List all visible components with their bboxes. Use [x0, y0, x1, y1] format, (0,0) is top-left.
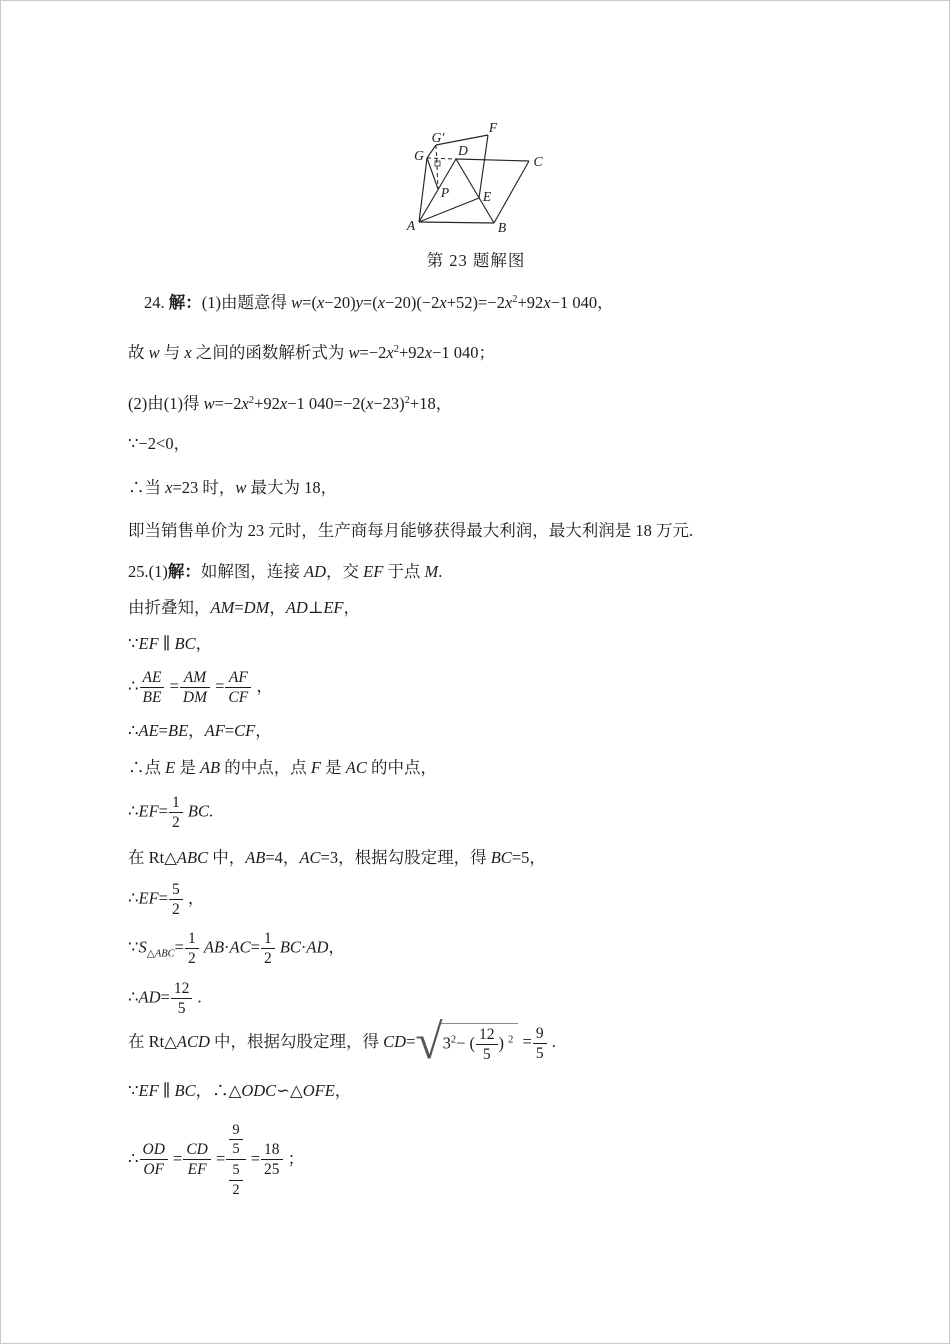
- text-run: EF: [188, 1161, 207, 1178]
- text-run: CF: [228, 689, 248, 706]
- text-run: BC: [175, 1081, 196, 1100]
- text-run: CD: [186, 1141, 208, 1158]
- text-run: AD: [306, 938, 328, 957]
- text-run: w: [291, 293, 302, 312]
- text-run: 即当销售单价为 23 元时，生产商每月能够获得最大利润，最大利润是 18 万元.: [128, 521, 693, 540]
- text-run: AF: [229, 669, 248, 686]
- solution-line-3: (2)由(1)得 w=−2x2+92x−1 040=−2(x−23)2+18，: [128, 393, 452, 415]
- text-run: ∥: [159, 1081, 175, 1100]
- fraction: 52: [229, 1162, 242, 1197]
- text-run: −1 040=−2(: [287, 394, 366, 413]
- text-run: =−2: [359, 343, 386, 362]
- text-run: BE: [168, 721, 188, 740]
- fraction: 12: [185, 930, 199, 968]
- text-run: ODC: [241, 1081, 276, 1100]
- text-run: =: [165, 677, 178, 696]
- text-run: 12: [174, 980, 190, 997]
- text-run: 解：: [168, 562, 201, 581]
- text-run: AB: [200, 758, 220, 777]
- fraction: 95: [533, 1025, 547, 1063]
- text-run: 5: [536, 1045, 544, 1062]
- text-run: EF: [139, 802, 159, 821]
- text-run: ，: [255, 721, 272, 740]
- text-run: 是: [321, 758, 346, 777]
- text-run: ∴当: [128, 478, 165, 497]
- text-run: AC: [299, 848, 320, 867]
- text-run: AE: [139, 721, 159, 740]
- text-run: EF: [139, 889, 159, 908]
- text-run: BC: [188, 802, 209, 821]
- text-run: 2: [232, 1182, 239, 1198]
- fraction: 125: [171, 980, 193, 1018]
- text-run: DM: [183, 689, 207, 706]
- solution-line-5: ∴当 x=23 时，w 最大为 18，: [128, 477, 337, 499]
- text-run: x: [242, 394, 249, 413]
- text-run: ，: [184, 889, 205, 908]
- text-run: ): [499, 1034, 509, 1053]
- text-run: (1)由题意得: [202, 293, 291, 312]
- solution-line-2: 故 w 与 x 之间的函数解析式为 w=−2x2+92x−1 040；: [128, 342, 495, 364]
- text-run: CD: [383, 1032, 406, 1051]
- text-run: =−2: [215, 394, 242, 413]
- text-run: EF: [323, 598, 343, 617]
- text-run: +52)=−2: [447, 293, 505, 312]
- solution-line-9: ∵EF ∥ BC，: [128, 633, 212, 655]
- text-run: △: [147, 949, 155, 960]
- text-run: 18: [264, 1141, 280, 1158]
- text-run: BC: [491, 848, 512, 867]
- text-run: AC: [230, 938, 251, 957]
- text-run: ，: [196, 634, 213, 653]
- text-run: =: [406, 1032, 415, 1051]
- text-run: −1 040；: [432, 343, 495, 362]
- text-run: ABC: [155, 949, 175, 960]
- text-run: ∵: [128, 634, 139, 653]
- text-run: w: [235, 478, 246, 497]
- text-run: 2: [172, 814, 180, 831]
- solution-line-8: 由折叠知，AM=DM，AD⊥EF，: [128, 597, 360, 619]
- text-run: 5: [232, 1162, 239, 1178]
- text-run: (2)由(1)得: [128, 394, 204, 413]
- text-run: +92: [518, 293, 544, 312]
- text-run: OFE: [303, 1081, 335, 1100]
- text-run: +92: [399, 343, 425, 362]
- solution-line-14: 在 Rt△ABC 中，AB=4，AC=3，根据勾股定理，得 BC=5，: [128, 847, 546, 869]
- text-run: 1: [188, 930, 196, 947]
- solution-line-4: ∵−2<0，: [128, 433, 190, 455]
- text-run: 5: [483, 1046, 491, 1063]
- text-run: 5: [178, 1000, 186, 1017]
- solution-line-18: 在 Rt△ACD 中，根据勾股定理，得 CD=√32− (125) 2 =95 …: [128, 1023, 556, 1064]
- text-run: E: [165, 758, 175, 777]
- text-run: −1 040，: [551, 293, 614, 312]
- text-run: BC: [175, 634, 196, 653]
- text-run: =5，: [512, 848, 546, 867]
- text-run: ∴: [128, 721, 139, 740]
- text-run: +92: [254, 394, 280, 413]
- text-run: ∥: [159, 634, 175, 653]
- text-run: ，: [335, 1081, 352, 1100]
- text-run: DM: [244, 598, 270, 617]
- text-run: =: [518, 1032, 531, 1051]
- fraction: 125: [476, 1026, 498, 1064]
- solution-line-16: ∵S△ABC=12 AB·AC=12 BC·AD，: [128, 930, 345, 968]
- solution-line-13: ∴EF=12 BC.: [128, 794, 213, 832]
- text-run: =: [212, 1149, 225, 1168]
- text-run: 3: [443, 1034, 451, 1053]
- text-run: EF: [139, 634, 159, 653]
- text-run: =: [234, 598, 243, 617]
- text-run: ，: [328, 938, 345, 957]
- text-run: 在 Rt△: [128, 848, 177, 867]
- text-run: ∴: [128, 802, 139, 821]
- fraction: 52: [169, 881, 183, 919]
- text-run: 如解图，连接: [201, 562, 304, 581]
- fraction: AMDM: [180, 669, 210, 707]
- text-run: x: [425, 343, 432, 362]
- text-run: ，: [269, 598, 286, 617]
- text-run: BC: [280, 938, 301, 957]
- text-run: EF: [139, 1081, 159, 1100]
- text-run: AD: [304, 562, 326, 581]
- text-run: ，交: [326, 562, 363, 581]
- text-run: ⊥: [308, 598, 324, 617]
- text-run: ，: [344, 598, 361, 617]
- text-run: 25: [264, 1161, 280, 1178]
- text-run: ；: [284, 1149, 305, 1168]
- text-run: 1: [172, 794, 180, 811]
- text-run: −20)(−2: [385, 293, 439, 312]
- text-run: 故: [128, 343, 149, 362]
- text-run: 由折叠知，: [128, 598, 211, 617]
- text-run: M: [425, 562, 439, 581]
- text-run: ∴: [128, 677, 139, 696]
- text-run: 9: [232, 1122, 239, 1138]
- text-run: S: [139, 938, 147, 957]
- text-run: =: [225, 721, 234, 740]
- text-run: 2: [508, 1035, 513, 1046]
- text-run: 之间的函数解析式为: [192, 343, 349, 362]
- text-run: x: [439, 293, 446, 312]
- solution-line-10: ∴AEBE =AMDM =AFCF ，: [128, 669, 273, 707]
- text-run: =: [169, 1149, 182, 1168]
- text-run: =: [247, 1149, 260, 1168]
- text-run: x: [184, 343, 191, 362]
- text-run: 2: [172, 901, 180, 918]
- text-run: 5: [232, 1141, 239, 1157]
- text-run: 中，根据勾股定理，得: [210, 1032, 383, 1051]
- radical: √32− (125) 2: [415, 1023, 518, 1064]
- text-run: 的中点，点: [220, 758, 311, 777]
- text-run: x: [378, 293, 385, 312]
- text-run: ∵: [128, 938, 139, 957]
- text-run: AC: [346, 758, 367, 777]
- radical-sign: √: [415, 1027, 442, 1058]
- text-run: ∴: [128, 988, 139, 1007]
- text-run: ，∴△: [196, 1081, 242, 1100]
- solution-line-1: 24. 解：(1)由题意得 w=(x−20)y=(x−20)(−2x+52)=−…: [144, 292, 614, 314]
- text-run: 中，: [208, 848, 245, 867]
- text-run: =: [211, 677, 224, 696]
- text-run: =23 时，: [172, 478, 235, 497]
- fraction: AEBE: [140, 669, 165, 707]
- text-run: =: [161, 988, 170, 1007]
- text-run: −23): [373, 394, 404, 413]
- fraction: 1825: [261, 1141, 283, 1179]
- text-run: ∽△: [276, 1081, 303, 1100]
- text-run: 5: [172, 881, 180, 898]
- text-run: −20): [324, 293, 355, 312]
- document-page: ABCDEFGG′P 第 23 题解图 24. 解：(1)由题意得 w=(x−2…: [0, 0, 950, 1344]
- text-run: AB: [245, 848, 265, 867]
- text-run: CF: [234, 721, 255, 740]
- text-run: ，: [252, 677, 273, 696]
- text-run: 于点: [383, 562, 424, 581]
- text-run: △ABC: [147, 949, 175, 960]
- text-run: OF: [143, 1161, 164, 1178]
- text-run: 12: [479, 1026, 495, 1043]
- text-run: =: [159, 802, 168, 821]
- text-run: OD: [143, 1141, 165, 1158]
- text-run: w: [348, 343, 359, 362]
- text-run: AM: [211, 598, 235, 617]
- text-run: 最大为 18，: [246, 478, 337, 497]
- fraction: 12: [261, 930, 275, 968]
- solution-text: 24. 解：(1)由题意得 w=(x−20)y=(x−20)(−2x+52)=−…: [1, 1, 950, 1344]
- text-run: =: [175, 938, 184, 957]
- text-run: =(: [302, 293, 317, 312]
- text-run: AD: [286, 598, 308, 617]
- text-run: =: [159, 889, 168, 908]
- text-run: ∵: [128, 1081, 139, 1100]
- text-run: x: [386, 343, 393, 362]
- text-run: ∴: [128, 1149, 139, 1168]
- fraction: 9552: [226, 1121, 245, 1199]
- text-run: AE: [143, 669, 162, 686]
- text-run: F: [311, 758, 321, 777]
- text-run: .: [209, 802, 213, 821]
- text-run: BE: [143, 689, 162, 706]
- fraction: ODOF: [140, 1141, 168, 1179]
- text-run: =: [251, 938, 260, 957]
- text-run: .: [438, 562, 442, 581]
- text-run: 的中点，: [367, 758, 437, 777]
- text-run: =3，根据勾股定理，得: [321, 848, 491, 867]
- text-run: AB: [204, 938, 224, 957]
- text-run: y: [356, 293, 363, 312]
- text-run: ABC: [177, 848, 208, 867]
- text-run: =: [159, 721, 168, 740]
- text-run: 2: [188, 950, 196, 967]
- text-run: AD: [139, 988, 161, 1007]
- text-run: .: [548, 1032, 556, 1051]
- text-run: 25.(1): [128, 562, 168, 581]
- text-run: 24.: [144, 293, 169, 312]
- fraction: 12: [169, 794, 183, 832]
- text-run: =4，: [265, 848, 299, 867]
- text-run: =(: [363, 293, 378, 312]
- text-run: ∵−2<0，: [128, 434, 190, 453]
- text-run: 在 Rt△: [128, 1032, 177, 1051]
- text-run: ACD: [177, 1032, 210, 1051]
- solution-line-17: ∴AD=125 .: [128, 980, 202, 1018]
- text-run: x: [543, 293, 550, 312]
- text-run: .: [193, 988, 201, 1007]
- solution-line-12: ∴点 E 是 AB 的中点，点 F 是 AC 的中点，: [128, 757, 437, 779]
- text-run: 与: [160, 343, 185, 362]
- text-run: w: [149, 343, 160, 362]
- text-run: 1: [264, 930, 272, 947]
- solution-line-19: ∵EF ∥ BC，∴△ODC∽△OFE，: [128, 1080, 351, 1102]
- fraction: AFCF: [225, 669, 251, 707]
- solution-line-6: 即当销售单价为 23 元时，生产商每月能够获得最大利润，最大利润是 18 万元.: [128, 520, 693, 542]
- fraction: CDEF: [183, 1141, 211, 1179]
- text-run: AM: [184, 669, 206, 686]
- text-run: 9: [536, 1025, 544, 1042]
- fraction: 95: [229, 1122, 242, 1157]
- text-run: − (: [456, 1034, 475, 1053]
- text-run: ，: [188, 721, 205, 740]
- text-run: w: [204, 394, 215, 413]
- text-run: ∴: [128, 889, 139, 908]
- solution-line-7: 25.(1)解：如解图，连接 AD，交 EF 于点 M.: [128, 561, 442, 583]
- text-run: 是: [175, 758, 200, 777]
- text-run: EF: [363, 562, 383, 581]
- text-run: 解：: [169, 293, 202, 312]
- text-run: +18，: [410, 394, 452, 413]
- text-run: ∴点: [128, 758, 165, 777]
- text-run: AF: [205, 721, 225, 740]
- solution-line-15: ∴EF=52 ，: [128, 881, 204, 919]
- solution-line-20: ∴ODOF =CDEF =9552 =1825 ；: [128, 1121, 304, 1199]
- solution-line-11: ∴AE=BE，AF=CF，: [128, 720, 272, 742]
- text-run: 2: [264, 950, 272, 967]
